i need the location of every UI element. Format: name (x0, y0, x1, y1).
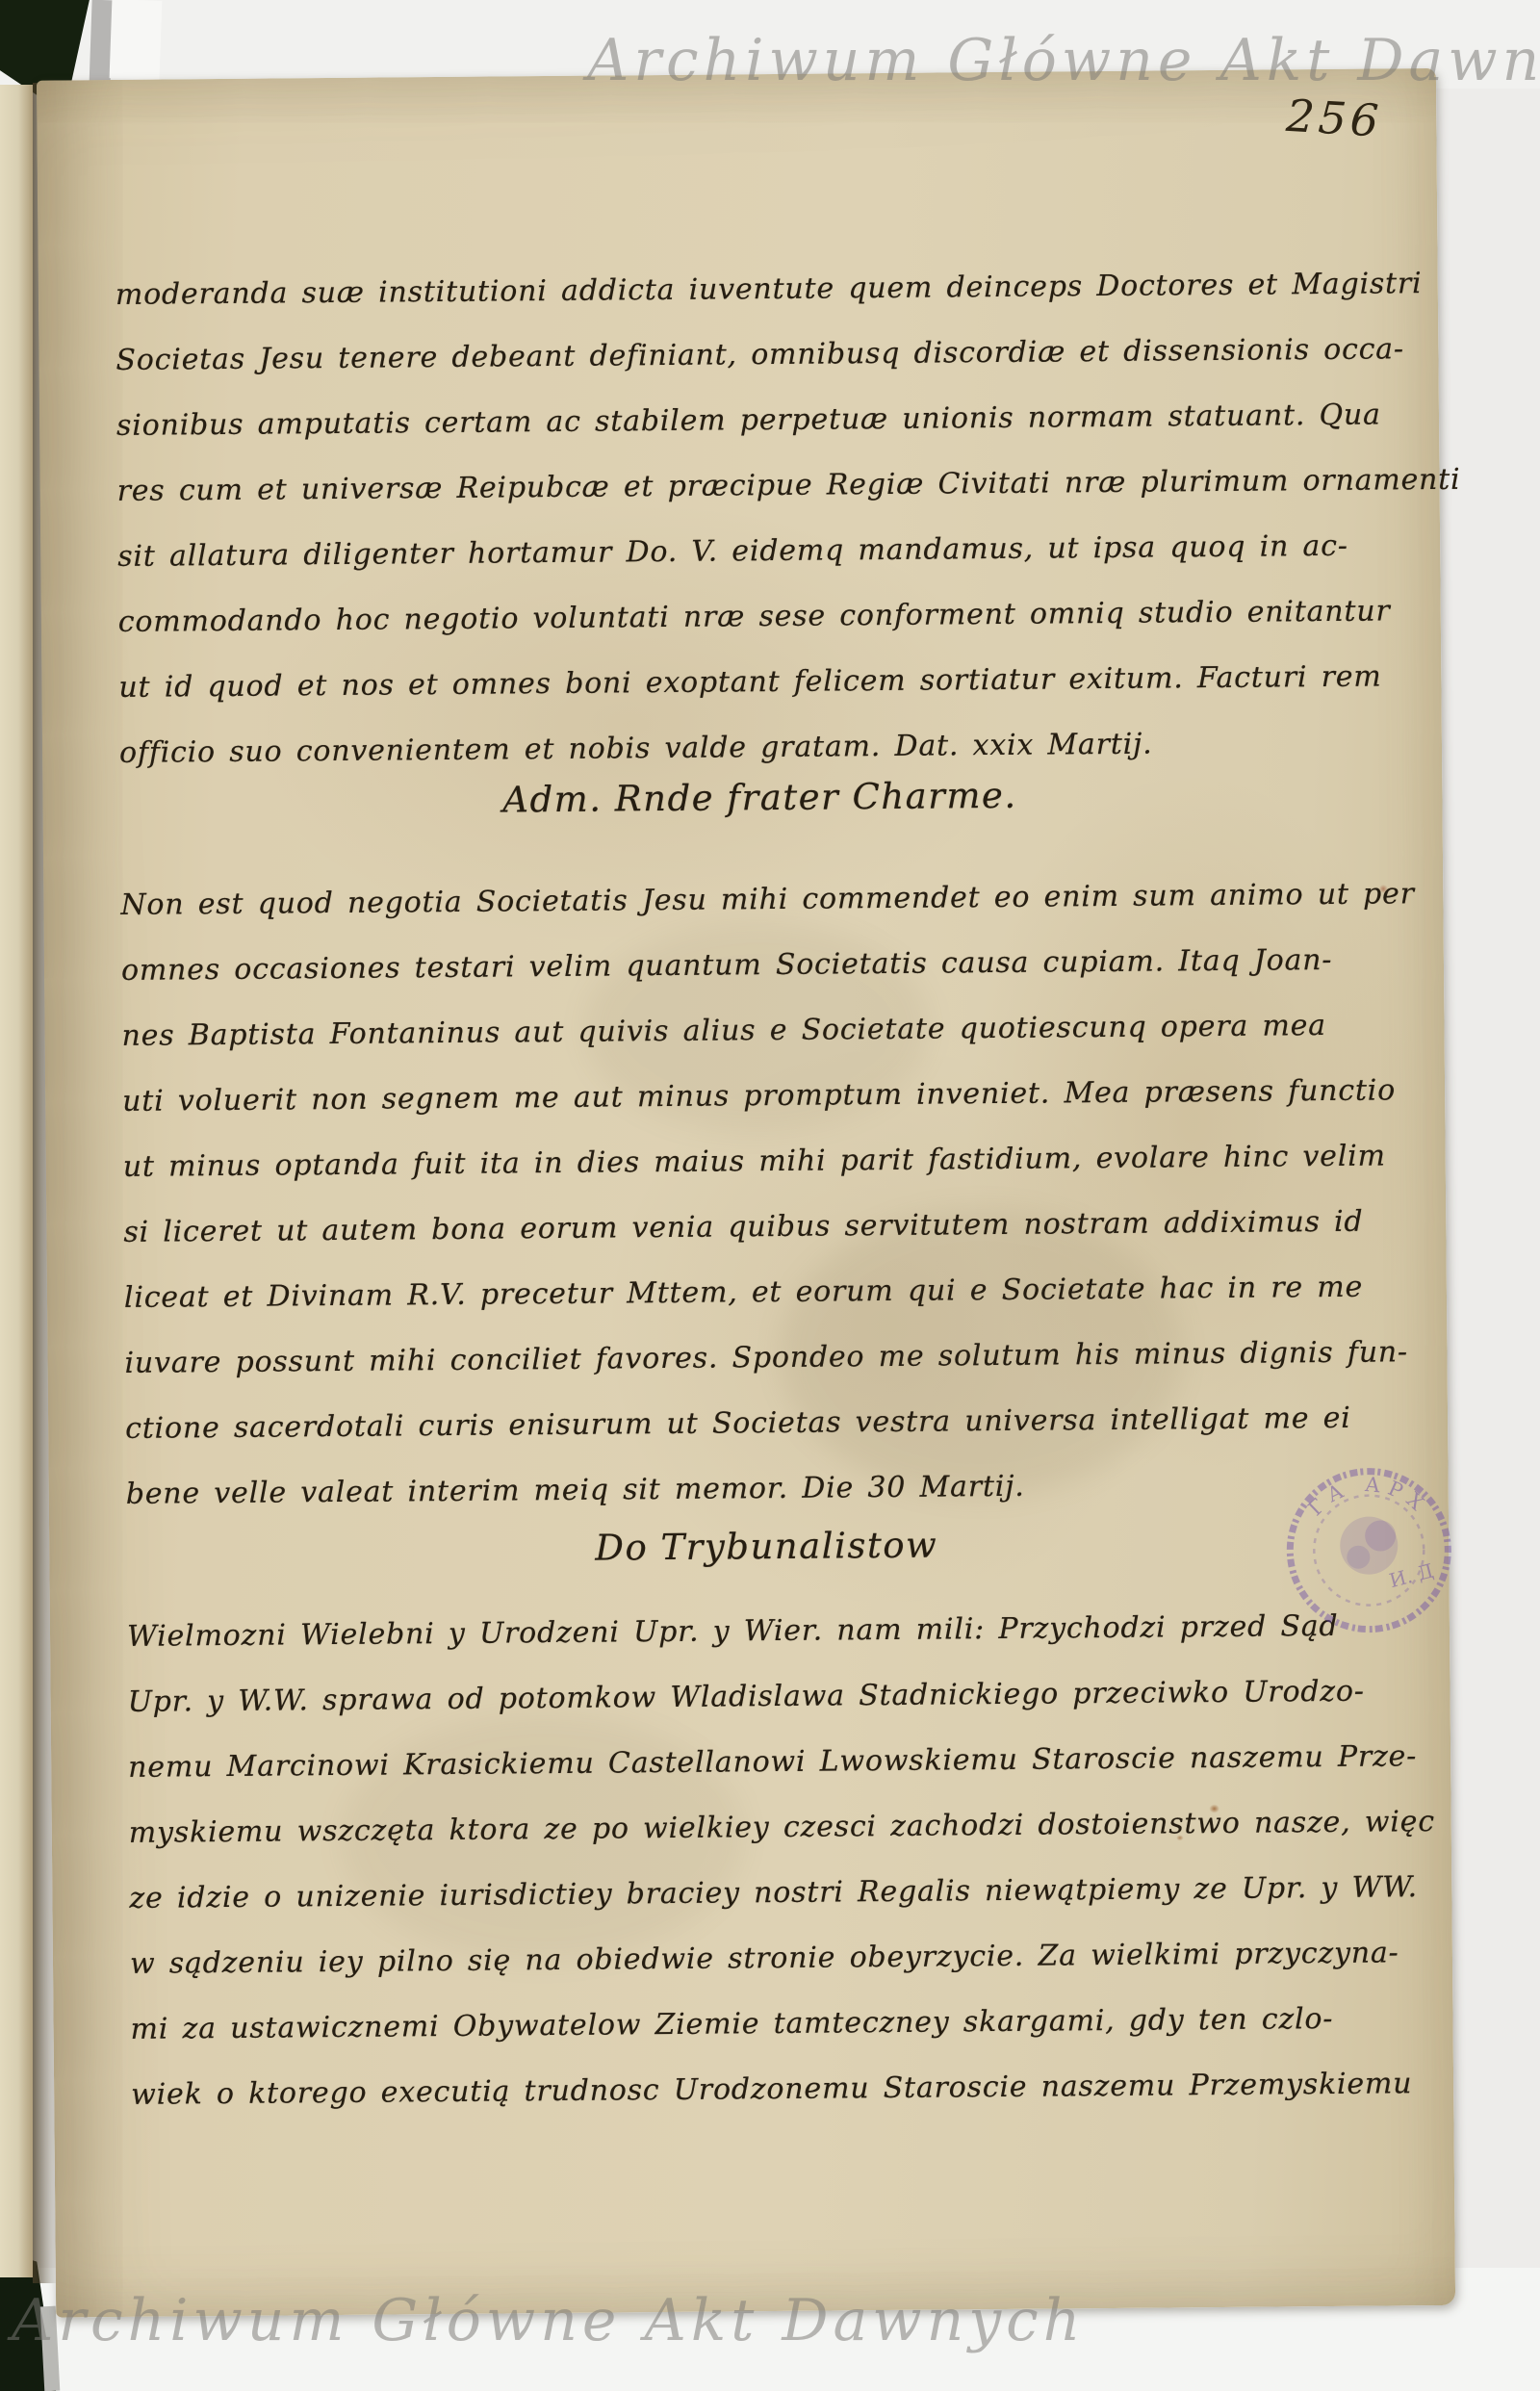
archive-stamp: ГА АРХ И. Д (1283, 1464, 1456, 1637)
flyleaf-edge-white (110, 0, 163, 80)
manuscript-page: 256 moderanda suæ institutioni addicta i… (37, 68, 1455, 2318)
manuscript-line: Wielmozni Wielebni y Urodzeni Upr. y Wie… (127, 1593, 1408, 1670)
manuscript-line: ctione sacerdotali curis enisurum ut Soc… (125, 1385, 1406, 1462)
manuscript-line: commodando hoc negotio voluntati nræ ses… (118, 578, 1399, 656)
polish-letter: Wielmozni Wielebni y Urodzeni Upr. y Wie… (127, 1593, 1412, 2128)
manuscript-line: moderanda suæ institutioni addicta iuven… (115, 251, 1397, 328)
manuscript-line: Non est quod negotia Societatis Jesu mih… (120, 861, 1401, 938)
archive-watermark-top: Archiwum Główne Akt Dawnych (587, 27, 1540, 94)
manuscript-line: res cum et universæ Reipubcæ et præcipue… (116, 448, 1398, 525)
manuscript-line: sit allatura diligenter hortamur Do. V. … (117, 513, 1399, 590)
archive-stamp-graphic: ГА АРХ И. Д (1283, 1464, 1456, 1637)
previous-page-edge (0, 85, 33, 2277)
letter-heading: Do Trybunalistow (126, 1520, 1406, 1573)
manuscript-line: sionibus amputatis certam ac stabilem pe… (116, 382, 1398, 459)
manuscript-line: bene velle valeat interim meiq sit memor… (125, 1451, 1406, 1528)
stamp-inner-text: И. Д (1387, 1558, 1436, 1592)
folio-number: 256 (1285, 90, 1442, 151)
manuscript-line: ut id quod et nos et omnes boni exoptant… (118, 644, 1399, 721)
manuscript-line: ut minus optanda fuit ita in dies maius … (122, 1123, 1403, 1200)
manuscript-line: Societas Jesu tenere debeant definiant, … (115, 317, 1397, 394)
manuscript-line: uti voluerit non segnem me aut minus pro… (122, 1058, 1403, 1135)
manuscript-line: nes Baptista Fontaninus aut quivis alius… (121, 992, 1402, 1069)
manuscript-line: ze idzie o unizenie iurisdictiey braciey… (129, 1855, 1410, 1932)
manuscript-line: nemu Marcinowi Krasickiemu Castellanowi … (128, 1724, 1409, 1801)
manuscript-line: wiek o ktorego executią trudnosc Urodzon… (131, 2051, 1412, 2128)
manuscript-line: w sądzeniu iey pilno się na obiedwie str… (130, 1920, 1411, 1997)
manuscript-line: myskiemu wszczęta ktora ze po wielkiey c… (129, 1789, 1410, 1866)
manuscript-line: omnes occasiones testari velim quantum S… (121, 927, 1402, 1004)
manuscript-line: iuvare possunt mihi conciliet favores. S… (124, 1320, 1405, 1397)
manuscript-line: mi za ustawicznemi Obywatelow Ziemie tam… (130, 1986, 1411, 2063)
archive-scan: 256 moderanda suæ institutioni addicta i… (0, 0, 1540, 2391)
latin-letter-2: Non est quod negotia Societatis Jesu mih… (120, 861, 1406, 1528)
latin-letter-1: moderanda suæ institutioni addicta iuven… (115, 251, 1400, 786)
manuscript-line: si liceret ut autem bona eorum venia qui… (123, 1189, 1404, 1266)
manuscript-line: Upr. y W.W. sprawa od potomkow Wladislaw… (127, 1658, 1408, 1735)
archive-watermark-bottom: Archiwum Główne Akt Dawnych (12, 2287, 1085, 2354)
manuscript-line: liceat et Divinam R.V. precetur Mttem, e… (124, 1254, 1405, 1331)
